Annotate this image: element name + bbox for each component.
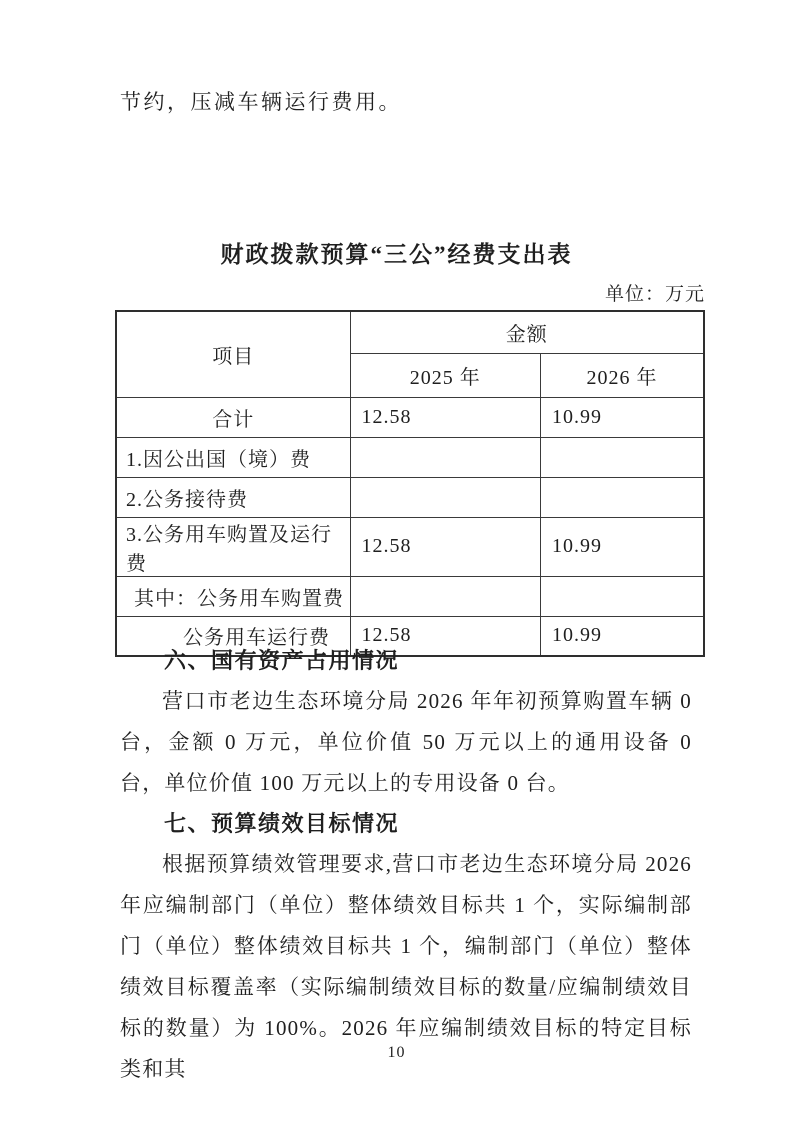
value-cell-2025 xyxy=(350,437,541,477)
value-cell-2025 xyxy=(350,477,541,517)
table-row: 其中：公务用车购置费 xyxy=(116,576,704,616)
table-row: 3.公务用车购置及运行费12.5810.99 xyxy=(116,517,704,576)
item-cell: 2.公务接待费 xyxy=(116,477,350,517)
top-paragraph: 节约，压减车辆运行费用。 xyxy=(120,86,692,116)
table-header-year-2026: 2026 年 xyxy=(541,353,704,397)
value-cell-2026 xyxy=(541,437,704,477)
section-six-heading: 六、国有资产占用情况 xyxy=(120,644,692,678)
table-header-amount-group: 金额 xyxy=(350,311,704,353)
document-page: 节约，压减车辆运行费用。 财政拨款预算“三公”经费支出表 单位：万元 项目 金额… xyxy=(0,0,793,1122)
section-seven-heading: 七、预算绩效目标情况 xyxy=(120,807,692,841)
table-title: 财政拨款预算“三公”经费支出表 xyxy=(0,236,793,269)
page-number: 10 xyxy=(0,1044,793,1062)
section-six-paragraph: 营口市老边生态环境分局 2026 年年初预算购置车辆 0 台，金额 0 万元，单… xyxy=(120,681,692,804)
value-cell-2026: 10.99 xyxy=(541,517,704,576)
item-cell: 合计 xyxy=(116,397,350,437)
value-cell-2026 xyxy=(541,477,704,517)
value-cell-2025 xyxy=(350,576,541,616)
item-cell: 其中：公务用车购置费 xyxy=(116,576,350,616)
value-cell-2025: 12.58 xyxy=(350,397,541,437)
table-row: 1.因公出国（境）费 xyxy=(116,437,704,477)
table-body: 合计12.5810.991.因公出国（境）费2.公务接待费3.公务用车购置及运行… xyxy=(116,397,704,656)
table-header-year-2025: 2025 年 xyxy=(350,353,541,397)
item-cell: 1.因公出国（境）费 xyxy=(116,437,350,477)
item-cell: 3.公务用车购置及运行费 xyxy=(116,517,350,576)
table-header-item: 项目 xyxy=(116,311,350,397)
value-cell-2025: 12.58 xyxy=(350,517,541,576)
value-cell-2026 xyxy=(541,576,704,616)
table-row: 2.公务接待费 xyxy=(116,477,704,517)
table-row: 合计12.5810.99 xyxy=(116,397,704,437)
unit-label: 单位：万元 xyxy=(115,279,705,306)
value-cell-2026: 10.99 xyxy=(541,397,704,437)
body-text-flow: 六、国有资产占用情况 营口市老边生态环境分局 2026 年年初预算购置车辆 0 … xyxy=(120,644,692,1093)
budget-table: 项目 金额 2025 年 2026 年 合计12.5810.991.因公出国（境… xyxy=(115,310,705,657)
